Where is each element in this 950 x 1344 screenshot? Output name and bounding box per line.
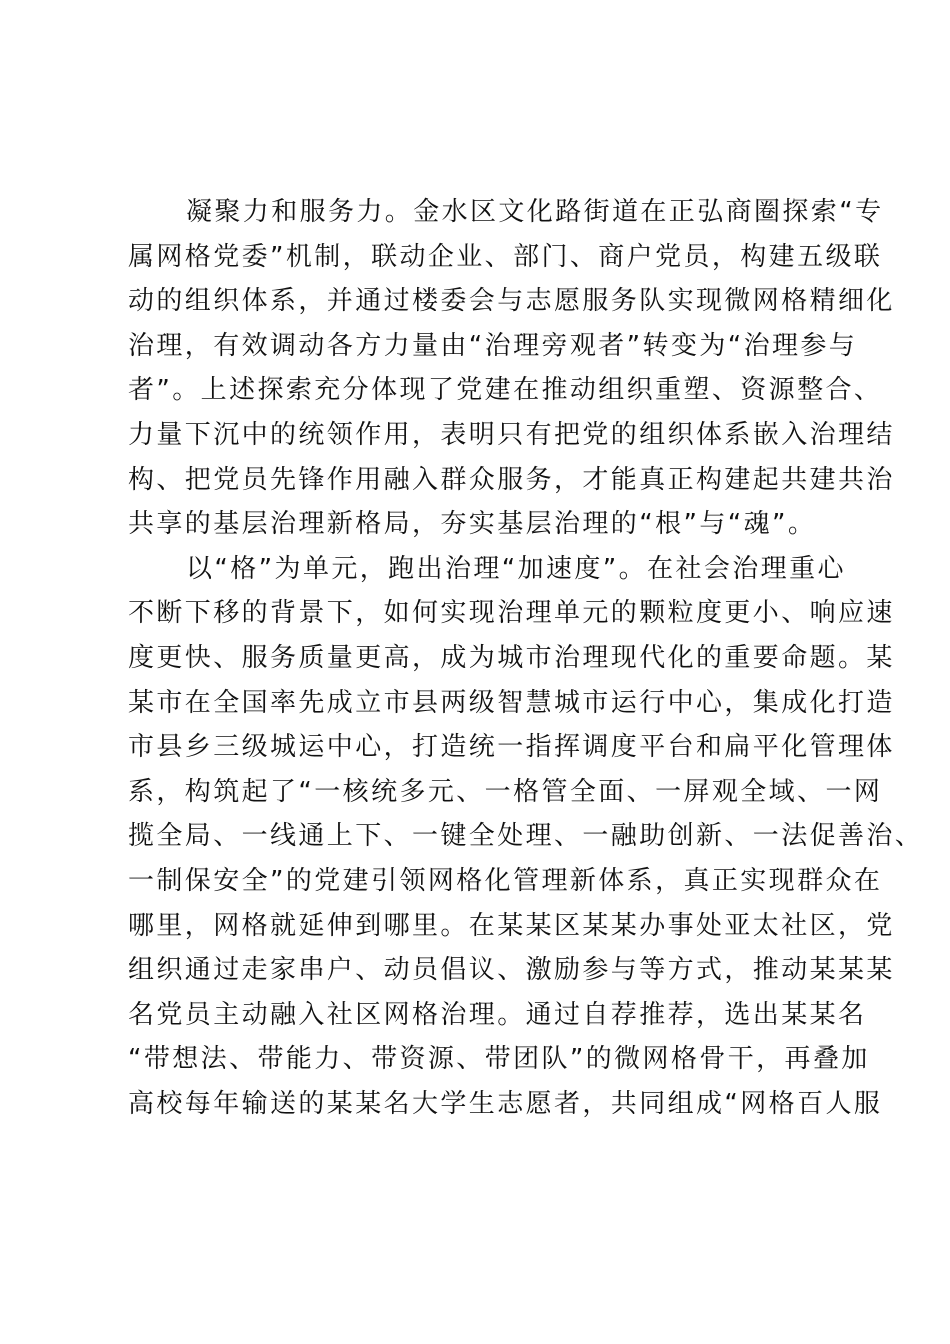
paragraph-2-line-8: 一制保安全”的党建引领网格化管理新体系，真正实现群众在	[128, 859, 834, 904]
paragraph-2-line-13: 高校每年输送的某某名大学生志愿者，共同组成“网格百人服	[128, 1082, 834, 1127]
paragraph-2-line-11: 名党员主动融入社区网格治理。通过自荐推荐，选出某某名	[128, 993, 834, 1038]
paragraph-2-line-12: “带想法、带能力、带资源、带团队”的微网格骨干，再叠加	[128, 1037, 834, 1082]
paragraph-1-line-4: 治理，有效调动各方力量由“治理旁观者”转变为“治理参与	[128, 324, 834, 369]
paragraph-2-line-1: 以“格”为单元，跑出治理“加速度”。在社会治理重心	[128, 547, 834, 592]
paragraph-1-line-1: 凝聚力和服务力。金水区文化路街道在正弘商圈探索“专	[128, 190, 834, 235]
paragraph-2-line-9: 哪里，网格就延伸到哪里。在某某区某某办事处亚太社区，党	[128, 904, 834, 949]
paragraph-1-line-8: 共享的基层治理新格局，夯实基层治理的“根”与“魂”。	[128, 502, 834, 547]
paragraph-2-line-5: 市县乡三级城运中心，打造统一指挥调度平台和扁平化管理体	[128, 725, 834, 770]
paragraph-1-line-5: 者”。上述探索充分体现了党建在推动组织重塑、资源整合、	[128, 368, 834, 413]
paragraph-2-line-10: 组织通过走家串户、动员倡议、激励参与等方式，推动某某某	[128, 948, 834, 993]
paragraph-2-line-7: 揽全局、一线通上下、一键全处理、一融助创新、一法促善治、	[128, 814, 834, 859]
paragraph-2-line-4: 某市在全国率先成立市县两级智慧城市运行中心，集成化打造	[128, 681, 834, 726]
document-page: 凝聚力和服务力。金水区文化路街道在正弘商圈探索“专 属网格党委”机制，联动企业、…	[0, 0, 950, 1344]
paragraph-1-line-6: 力量下沉中的统领作用，表明只有把党的组织体系嵌入治理结	[128, 413, 834, 458]
paragraph-1-line-3: 动的组织体系，并通过楼委会与志愿服务队实现微网格精细化	[128, 279, 834, 324]
paragraph-1-line-7: 构、把党员先锋作用融入群众服务，才能真正构建起共建共治	[128, 458, 834, 503]
paragraph-2-line-6: 系，构筑起了“一核统多元、一格管全面、一屏观全域、一网	[128, 770, 834, 815]
paragraph-1-line-2: 属网格党委”机制，联动企业、部门、商户党员，构建五级联	[128, 235, 834, 280]
paragraph-2-line-2: 不断下移的背景下，如何实现治理单元的颗粒度更小、响应速	[128, 591, 834, 636]
document-body: 凝聚力和服务力。金水区文化路街道在正弘商圈探索“专 属网格党委”机制，联动企业、…	[128, 190, 834, 1126]
paragraph-2-line-3: 度更快、服务质量更高，成为城市治理现代化的重要命题。某	[128, 636, 834, 681]
